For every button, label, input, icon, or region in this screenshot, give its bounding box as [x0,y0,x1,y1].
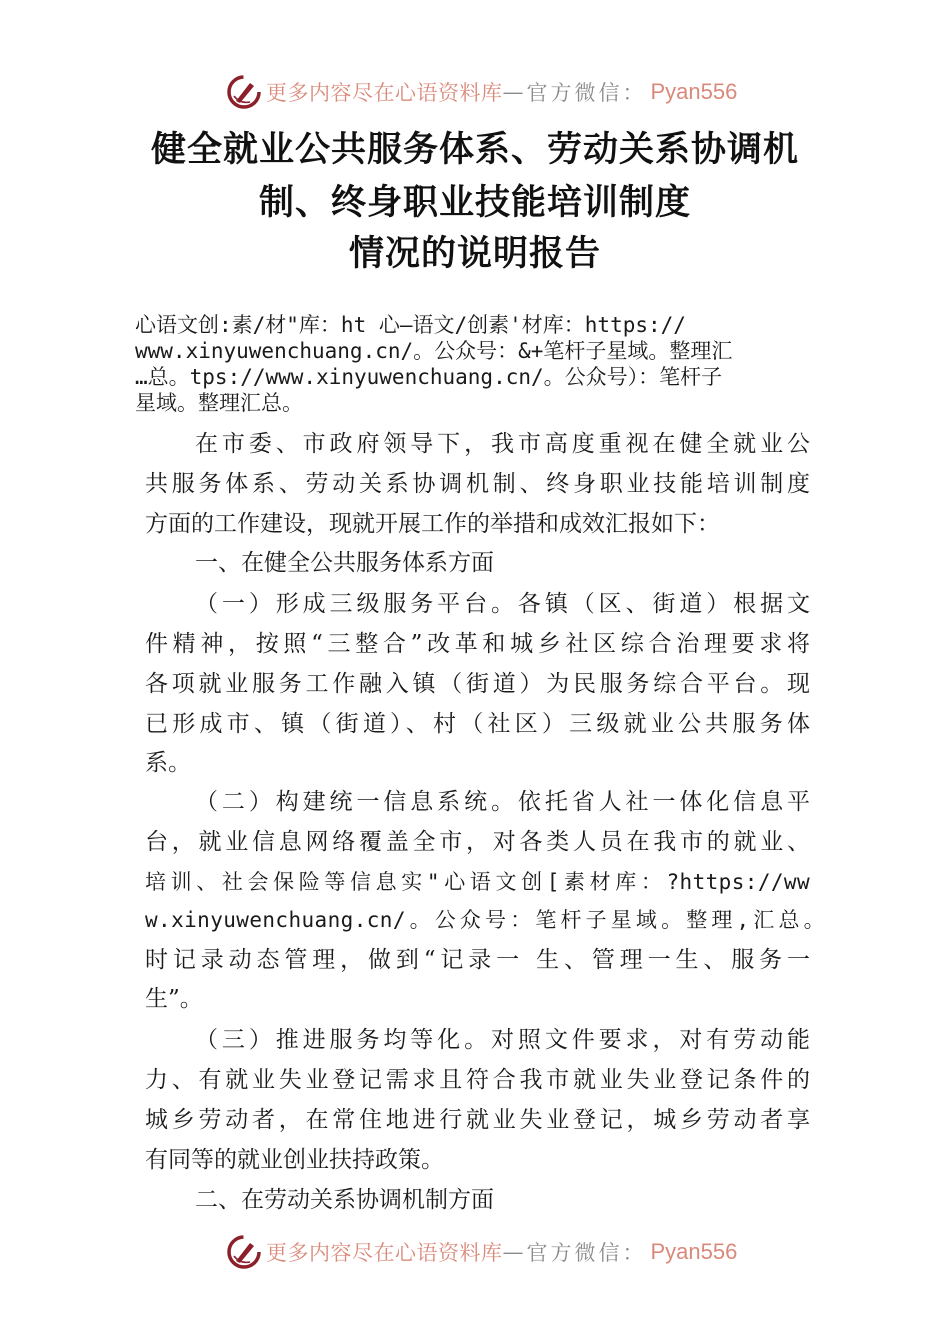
item-1-line: 系。 [145,743,810,783]
watermark-line: …总。tps://www.xinyuwenchuang.cn/。公众号）：笔杆子 [135,364,815,390]
banner-wechat-label: 官方微信： [527,1237,647,1267]
banner-dash: — [503,1240,527,1264]
footer-watermark-banner: 更多内容尽在心语资料库 — 官方微信： Pyan556 [226,1232,737,1272]
item-1-line: 已形成市、镇（街道）、村（社区）三级就业公共服务体 [145,704,810,744]
item-2-line: w.xinyuwenchuang.cn/。公众号：笔杆子星域。整理,汇总。 [145,900,825,940]
item-2-line: 时记录动态管理，做到“记录一 生、管理一生、服务一 [145,940,810,980]
banner-promo-text: 更多内容尽在心语资料库 [266,77,503,107]
document-title-line-1: 健全就业公共服务体系、劳动关系协调机 [0,122,950,172]
item-2-line: （二）构建统一信息系统。依托省人社一体化信息平 [195,782,810,822]
item-1-line: 各项就业服务工作融入镇（街道）为民服务综合平台。现 [145,664,810,704]
embedded-watermark-text: 心语文创:素/材"库：ht 心—语文/创素'材库：https://www.xin… [135,312,815,416]
document-title-line-2: 制、终身职业技能培训制度 [0,175,950,225]
section-heading-2: 二、在劳动关系协调机制方面 [195,1180,810,1220]
watermark-line: www.xinyuwenchuang.cn/。公众号：&+笔杆子星域。整理汇 [135,338,815,364]
item-1-line: 件精神，按照“三整合”改革和城乡社区综合治理要求将 [145,624,810,664]
item-2-line: 培训、社会保险等信息实"心语文创[素材库：?https://ww [145,862,810,902]
item-3-line: 有同等的就业创业扶持政策。 [145,1140,810,1180]
item-1-line: （一）形成三级服务平台。各镇（区、街道）根据文 [195,584,810,624]
item-2-line: 台，就业信息网络覆盖全市，对各类人员在我市的就业、 [145,822,810,862]
banner-wechat-label: 官方微信： [527,77,647,107]
watermark-line: 心语文创:素/材"库：ht 心—语文/创素'材库：https:// [135,312,815,338]
item-3-line: （三）推进服务均等化。对照文件要求，对有劳动能 [195,1020,810,1060]
section-heading-1: 一、在健全公共服务体系方面 [195,543,810,583]
quill-pen-logo-icon [226,1234,262,1270]
item-3-line: 城乡劳动者，在常住地进行就业失业登记，城乡劳动者享 [145,1100,810,1140]
banner-wechat-id: Pyan556 [651,1239,738,1265]
quill-pen-logo-icon [226,74,262,110]
item-2-line: 生”。 [145,979,810,1019]
banner-wechat-id: Pyan556 [651,79,738,105]
intro-paragraph-line: 在市委、市政府领导下，我市高度重视在健全就业公 [195,424,810,464]
intro-paragraph-line: 共服务体系、劳动关系协调机制、终身职业技能培训制度 [145,464,810,504]
document-title-line-3: 情况的说明报告 [0,226,950,276]
item-3-line: 力、有就业失业登记需求且符合我市就业失业登记条件的 [145,1060,810,1100]
banner-dash: — [503,80,527,104]
header-watermark-banner: 更多内容尽在心语资料库 — 官方微信： Pyan556 [226,72,737,112]
banner-promo-text: 更多内容尽在心语资料库 [266,1237,503,1267]
watermark-line: 星域。整理汇总。 [135,390,815,416]
intro-paragraph-line: 方面的工作建设，现就开展工作的举措和成效汇报如下： [145,504,810,544]
